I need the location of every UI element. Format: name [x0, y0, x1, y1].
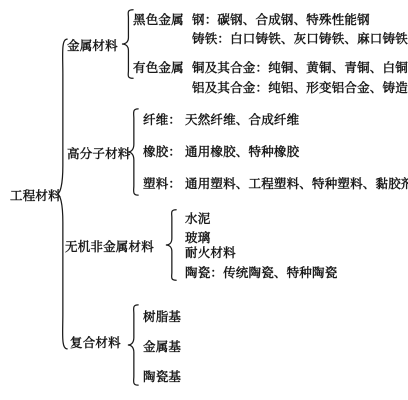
- item-cement: 水泥: [185, 212, 210, 226]
- line-copper-alloys: 铜及其合金：纯铜、黄铜、青铜、白铜: [192, 61, 408, 75]
- line-steel: 钢：碳钢、合成钢、特殊性能钢: [192, 13, 370, 27]
- root-label: 工程材料: [10, 189, 61, 203]
- item-label-plastic: 塑料：: [143, 177, 181, 191]
- composite-brace: [127, 304, 139, 386]
- item-ceramics: 陶瓷：传统陶瓷、特种陶瓷: [185, 266, 337, 280]
- item-glass: 玻璃: [185, 231, 210, 245]
- group-label-ferrous-metal: 黑色金属: [133, 13, 184, 27]
- root-brace: [56, 36, 68, 352]
- item-label-rubber: 橡胶：: [143, 145, 181, 159]
- item-label-fiber: 纤维：: [143, 113, 181, 127]
- item-metal-matrix: 金属基: [143, 340, 181, 354]
- item-ceramic-matrix: 陶瓷基: [143, 370, 181, 384]
- branch-label-composite: 复合材料: [70, 336, 121, 350]
- item-text-rubber: 通用橡胶、特种橡胶: [185, 145, 299, 159]
- polymer-brace: [127, 108, 139, 196]
- branch-label-polymer: 高分子材料: [67, 147, 131, 161]
- line-cast-iron: 铸铁：白口铸铁、灰口铸铁、麻口铸铁等: [192, 32, 408, 46]
- line-aluminum-alloys: 铝及其合金：纯铝、形变铝合金、铸造铝合金: [192, 81, 408, 95]
- branch-label-inorganic: 无机非金属材料: [65, 240, 154, 254]
- group-label-nonferrous-metal: 有色金属: [133, 61, 184, 75]
- inorganic-brace: [165, 209, 177, 281]
- material-classification-diagram: 工程材料 金属材料 黑色金属 钢：碳钢、合成钢、特殊性能钢 铸铁：白口铸铁、灰口…: [0, 0, 408, 400]
- item-text-plastic: 通用塑料、工程塑料、特种塑料、黏胶剂: [185, 177, 408, 191]
- item-refractory: 耐火材料: [185, 246, 236, 260]
- branch-label-metal: 金属材料: [67, 39, 118, 53]
- item-resin-matrix: 树脂基: [143, 310, 181, 324]
- item-text-fiber: 天然纤维、合成纤维: [185, 113, 299, 127]
